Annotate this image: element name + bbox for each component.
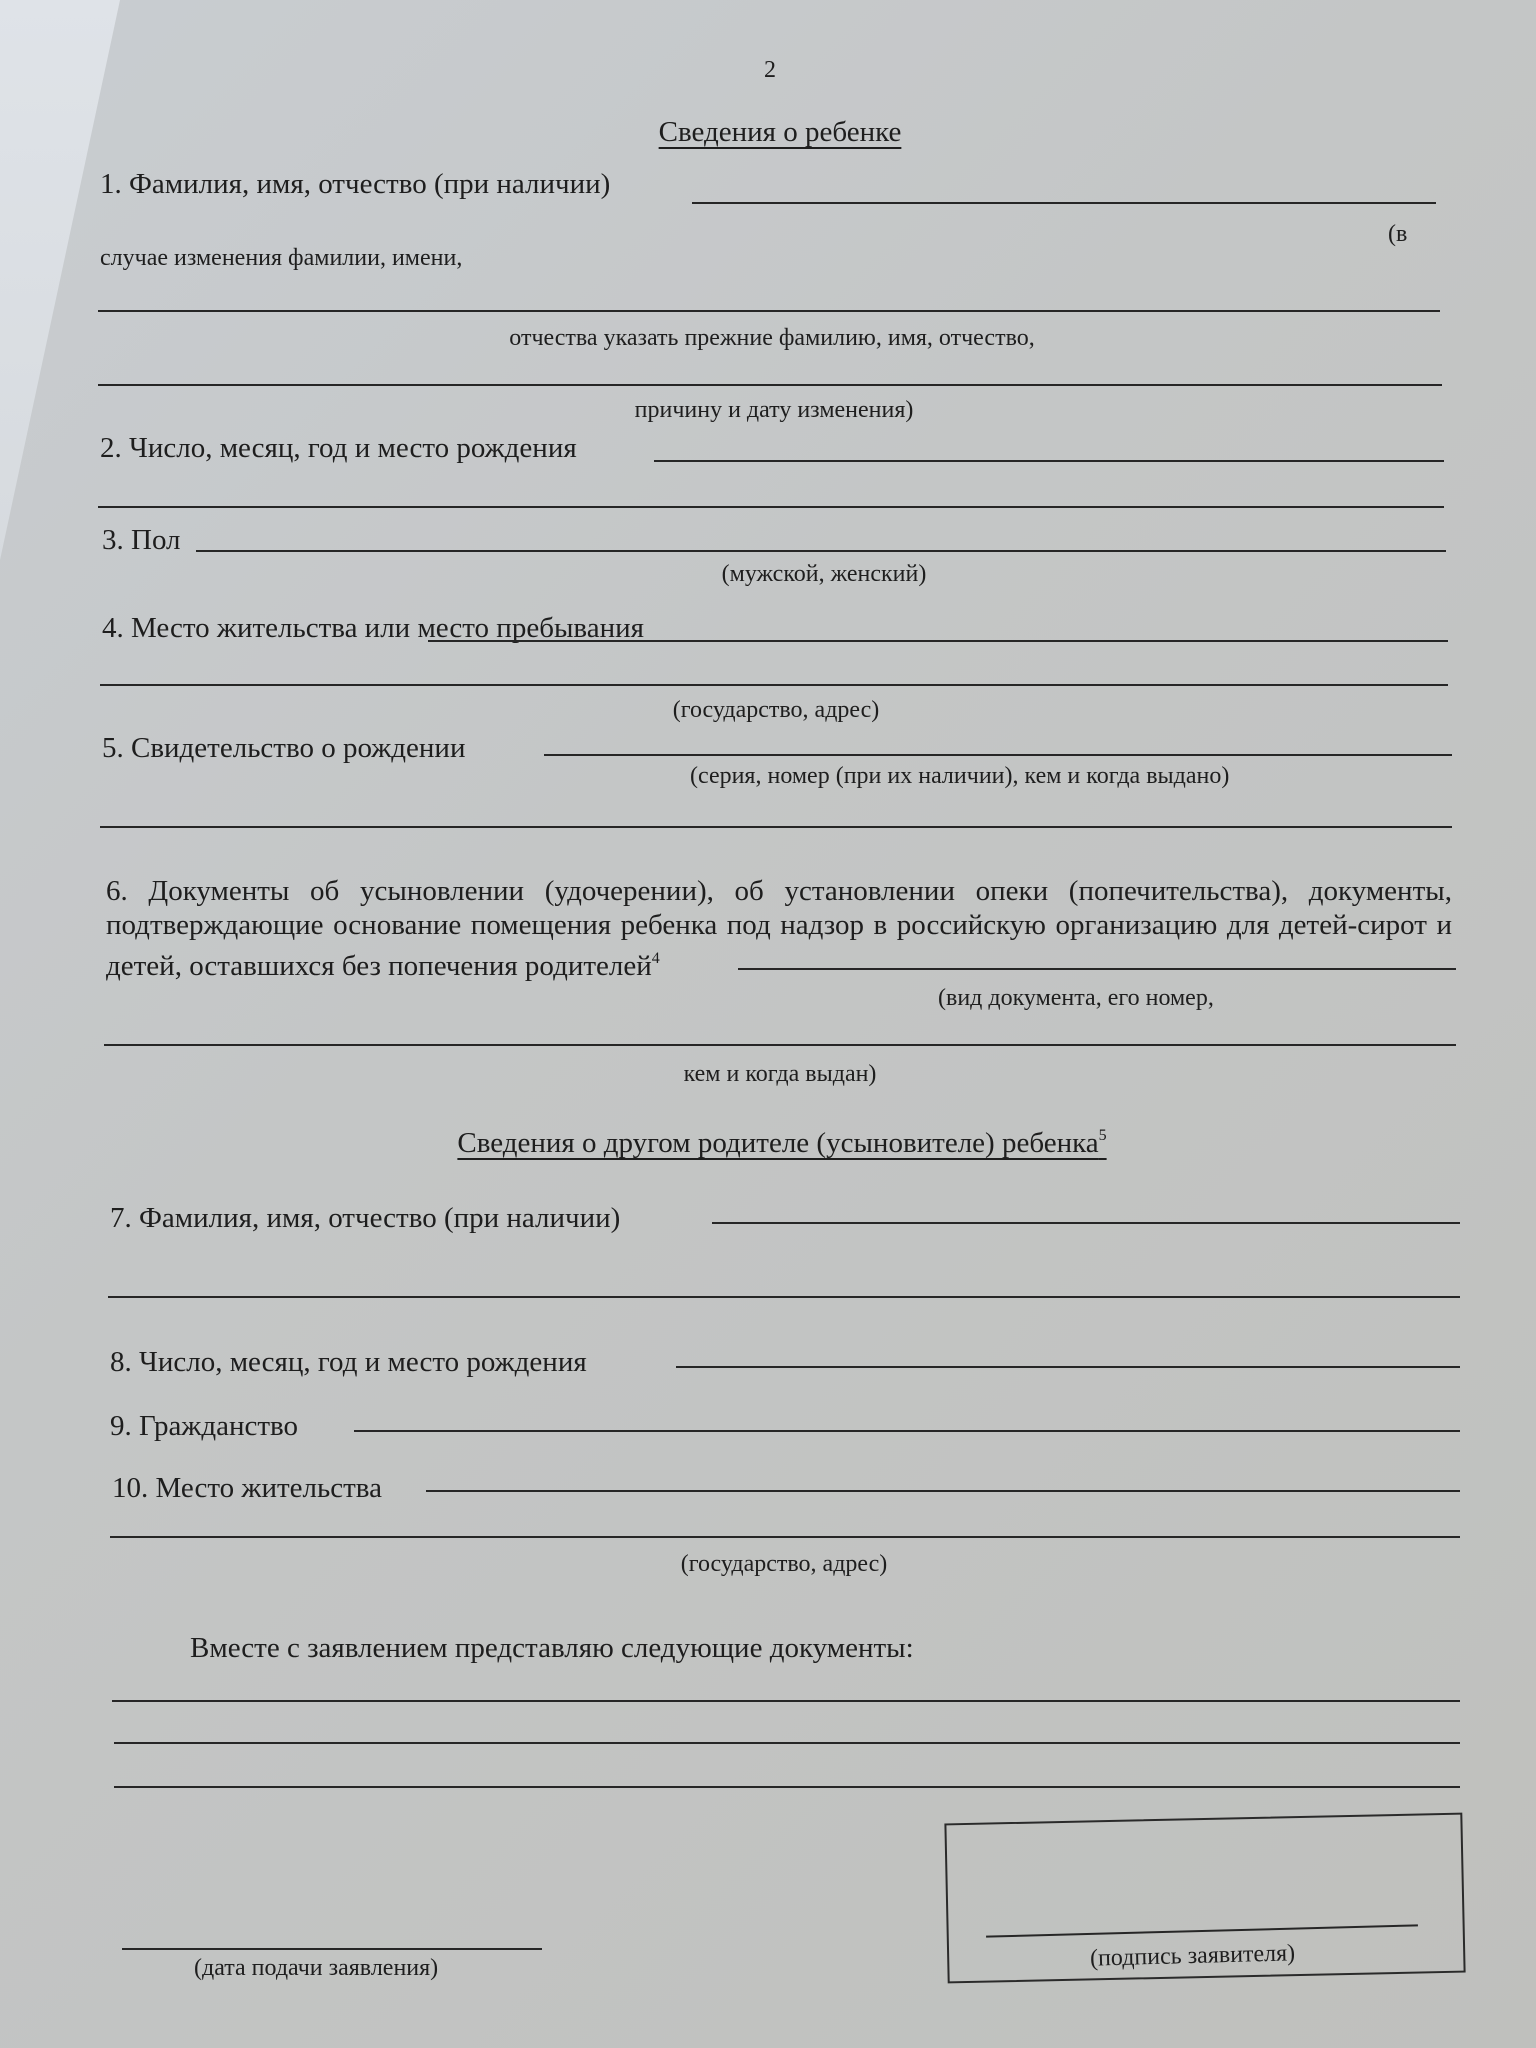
date-caption: (дата подачи заявления) <box>194 1956 438 1980</box>
signature-caption: (подпись заявителя) <box>1090 1941 1296 1970</box>
field-6-hint-a: (вид документа, его номер, <box>938 986 1214 1010</box>
field-1-input-line-2[interactable] <box>98 310 1440 312</box>
field-6-input-line-2[interactable] <box>104 1044 1456 1046</box>
field-6-hint-b: кем и когда выдан) <box>684 1062 877 1086</box>
field-7-input-line-2[interactable] <box>108 1296 1460 1298</box>
field-4-label: 4. Место жительства или место пребывания <box>102 614 644 643</box>
field-1-hint-d: причину и дату изменения) <box>635 398 914 422</box>
field-10-hint: (государство, адрес) <box>681 1552 888 1576</box>
field-2-input-line-2[interactable] <box>98 506 1444 508</box>
field-3-hint: (мужской, женский) <box>722 562 927 586</box>
field-1-hint-b: случае изменения фамилии, имени, <box>100 246 462 270</box>
document-page: 2 Сведения о ребенке 1. Фамилия, имя, от… <box>0 0 1536 2048</box>
field-2-label: 2. Число, месяц, год и место рождения <box>100 434 577 463</box>
field-10-label: 10. Место жительства <box>112 1474 382 1503</box>
field-7-input[interactable] <box>712 1222 1460 1224</box>
field-5-input[interactable] <box>544 754 1452 756</box>
footnote-4: 4 <box>652 950 660 967</box>
field-5-label: 5. Свидетельство о рождении <box>102 734 465 763</box>
field-6-label: 6. Документы об усыновлении (удочерении)… <box>106 874 1452 983</box>
documents-line-1[interactable] <box>112 1700 1460 1702</box>
field-9-input[interactable] <box>354 1430 1460 1432</box>
field-6-input[interactable] <box>738 968 1456 970</box>
field-3-input[interactable] <box>196 550 1446 552</box>
field-4-hint: (государство, адрес) <box>673 698 880 722</box>
field-9-label: 9. Гражданство <box>110 1412 298 1441</box>
field-10-input[interactable] <box>426 1490 1460 1492</box>
section-title-child: Сведения о ребенке <box>659 118 902 147</box>
field-1-hint-a: (в <box>1388 222 1407 246</box>
field-4-input[interactable] <box>428 640 1448 642</box>
date-input[interactable] <box>122 1948 542 1950</box>
section-title-other-parent-text: Сведения о другом родителе (усыновителе)… <box>457 1127 1098 1159</box>
field-3-label: 3. Пол <box>102 526 181 555</box>
field-8-label: 8. Число, месяц, год и место рождения <box>110 1348 587 1377</box>
field-8-input[interactable] <box>676 1366 1460 1368</box>
field-2-input[interactable] <box>654 460 1444 462</box>
page-number: 2 <box>764 58 776 82</box>
field-7-label: 7. Фамилия, имя, отчество (при наличии) <box>110 1204 620 1233</box>
field-5-hint: (серия, номер (при их наличии), кем и ко… <box>690 764 1229 788</box>
field-1-hint-c: отчества указать прежние фамилию, имя, о… <box>509 326 1034 350</box>
field-1-label: 1. Фамилия, имя, отчество (при наличии) <box>100 170 610 199</box>
documents-line-2[interactable] <box>114 1742 1460 1744</box>
field-6-label-text: 6. Документы об усыновлении (удочерении)… <box>106 875 1452 982</box>
field-1-input[interactable] <box>692 202 1436 204</box>
documents-line-3[interactable] <box>114 1786 1460 1788</box>
field-1-input-line-3[interactable] <box>98 384 1442 386</box>
section-title-other-parent: Сведения о другом родителе (усыновителе)… <box>457 1128 1106 1158</box>
field-10-input-line-2[interactable] <box>110 1536 1460 1538</box>
documents-intro: Вместе с заявлением представляю следующи… <box>190 1634 914 1663</box>
field-4-input-line-2[interactable] <box>100 684 1448 686</box>
footnote-5: 5 <box>1099 1127 1107 1144</box>
field-5-input-line-2[interactable] <box>100 826 1452 828</box>
